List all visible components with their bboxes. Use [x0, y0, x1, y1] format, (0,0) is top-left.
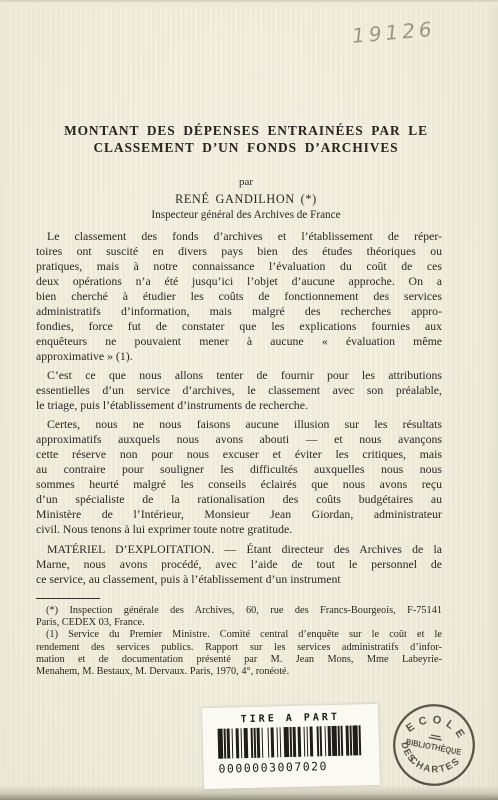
library-stamp-icon: ECOLE DES CHARTES BIBLIOTHÈQUE: [390, 701, 478, 789]
text-line: enquêteurs ne pouvaient mener à aucune «…: [36, 334, 442, 349]
author-role: Inspecteur général des Archives de Franc…: [40, 209, 452, 221]
text-line: pratiques, mais à notre connaissance l’é…: [36, 259, 442, 274]
footnote-star: (*) Inspection générale des Archives, 60…: [36, 605, 442, 629]
body-text: Le classement des fonds d’archives et l’…: [36, 229, 442, 591]
text-line: cette réserve non pour nous excuser et é…: [36, 447, 442, 462]
text-line: Ministère de l’Intérieur, Monsieur Jean …: [36, 507, 442, 522]
text-line: bien cherché à étudier les coûts de fonc…: [36, 289, 442, 304]
footnote-1: (1) Service du Premier Ministre. Comité …: [36, 629, 442, 678]
paragraph-3: Certes, nous ne nous faisons aucune illu…: [36, 417, 442, 537]
article-title: MONTANT DES DÉPENSES ENTRAINÉES PAR LE C…: [40, 123, 452, 156]
article-title-line2: CLASSEMENT D’UN FONDS D’ARCHIVES: [40, 140, 452, 157]
barcode-gap: [360, 725, 364, 755]
footnotes: (*) Inspection générale des Archives, 60…: [36, 605, 442, 678]
text-line: (*) Inspection générale des Archives, 60…: [36, 605, 442, 617]
barcode-icon: [218, 725, 368, 759]
footnote-separator-rule: [36, 598, 100, 599]
byline: par RENÉ GANDILHON (*) Inspecteur généra…: [40, 176, 452, 221]
paragraph-1: Le classement des fonds d’archives et l’…: [36, 229, 442, 364]
text-line: essentielles d’un service d’archives, le…: [36, 383, 442, 398]
stamp-divider-lines: [429, 735, 443, 740]
text-line: le triage, puis l’établissement d’instru…: [36, 398, 442, 413]
text-line: toires ont suscité en divers pays bien d…: [36, 244, 442, 259]
text-line: Paris, CEDEX 03, France.: [36, 617, 442, 629]
paragraph-2: C’est ce que nous allons tenter de fourn…: [36, 368, 442, 413]
text-line: approximative » (1).: [36, 349, 442, 364]
scanned-document-page: 19126 MONTANT DES DÉPENSES ENTRAINÉES PA…: [0, 0, 498, 800]
barcode-title: TIRE A PART: [202, 711, 378, 726]
barcode-number: 0000003007020: [218, 758, 379, 776]
text-line: mation et de documentation présenté par …: [36, 654, 442, 666]
paragraph-4: MATÉRIEL D’EXPLOITATION. — Étant directe…: [36, 542, 442, 587]
text-line: sommes heurté malgré les conseils éclair…: [36, 477, 442, 492]
text-line: MATÉRIEL D’EXPLOITATION. — Étant directe…: [36, 542, 442, 557]
text-line: ce service, au classement, puis à l’étab…: [36, 572, 442, 587]
text-line: Menahem, M. Bestaux, M. Dervaux. Paris, …: [36, 666, 442, 678]
text-line: approximatifs auxquels nous avons abouti…: [36, 432, 442, 447]
text-line: (1) Service du Premier Ministre. Comité …: [36, 629, 442, 641]
text-line: administratifs d’information, mais malgr…: [36, 304, 442, 319]
text-line: Certes, nous ne nous faisons aucune illu…: [36, 417, 442, 432]
text-line: Le classement des fonds d’archives et l’…: [36, 229, 442, 244]
handwritten-accession-number: 19126: [351, 16, 443, 48]
text-line: fondies, force fut de constater que les …: [36, 319, 442, 334]
text-line: Marne, nous avons procédé, avec l’aide d…: [36, 557, 442, 572]
text-line: deux opérations n’a été jusqu’ici l’obje…: [36, 274, 442, 289]
barcode-label: TIRE A PART 0000003007020: [202, 704, 380, 789]
text-line: rendement des services publics. Rapport …: [36, 642, 442, 654]
article-title-line1: MONTANT DES DÉPENSES ENTRAINÉES PAR LE: [40, 123, 452, 140]
text-line: au contraire pour souligner les difficul…: [36, 462, 442, 477]
text-line: d’un spécialiste de la rationalisation d…: [36, 492, 442, 507]
text-line: C’est ce que nous allons tenter de fourn…: [36, 368, 442, 383]
byline-par: par: [40, 176, 452, 188]
text-line: civil. Nous tenons à lui exprimer toute …: [36, 522, 442, 537]
author-name: RENÉ GANDILHON (*): [40, 193, 452, 206]
